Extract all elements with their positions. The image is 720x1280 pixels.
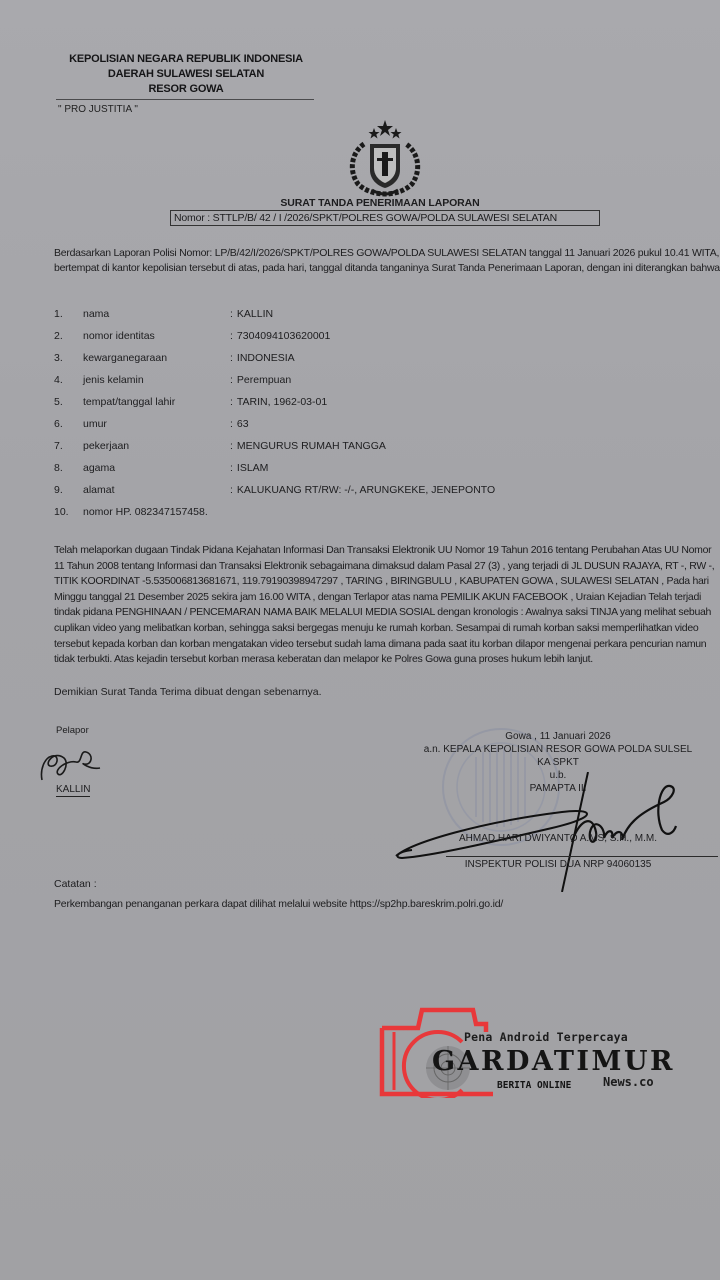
field-label: umur — [83, 416, 107, 432]
field-value: :TARIN, 1962-03-01 — [230, 394, 327, 410]
field-number: 10. — [54, 504, 69, 520]
field-number: 8. — [54, 460, 63, 476]
field-row-phone: 10. nomor HP. 082347157458. — [54, 504, 694, 526]
field-value: :INDONESIA — [230, 350, 295, 366]
field-value: :7304094103620001 — [230, 328, 330, 344]
field-label: tempat/tanggal lahir — [83, 394, 175, 410]
field-value: :KALUKUANG RT/RW: -/-, ARUNGKEKE, JENEPO… — [230, 482, 495, 498]
field-value: :MENGURUS RUMAH TANGGA — [230, 438, 386, 454]
intro-paragraph: Berdasarkan Laporan Polisi Nomor: LP/B/4… — [54, 246, 720, 276]
field-label: nomor identitas — [83, 328, 155, 344]
letterhead-line-2: DAERAH SULAWESI SELATAN — [56, 67, 316, 82]
field-value: :63 — [230, 416, 249, 432]
field-label: pekerjaan — [83, 438, 129, 454]
document-number: Nomor : STTLP/B/ 42 / I /2026/SPKT/POLRE… — [170, 210, 600, 226]
field-row-age: 6. umur :63 — [54, 416, 694, 438]
reporter-label: Pelapor — [56, 725, 89, 736]
reporter-name: KALLIN — [56, 784, 90, 797]
field-number: 2. — [54, 328, 63, 344]
place-date: Gowa , 11 Januari 2026 — [400, 730, 716, 743]
field-value: :KALLIN — [230, 306, 273, 322]
officer-name: AHMAD HARI DWIYANTO A.MS, S.H., M.M. — [400, 833, 716, 844]
field-value: :ISLAM — [230, 460, 268, 476]
watermark-domain: News.co — [603, 1075, 654, 1089]
field-label: agama — [83, 460, 115, 476]
field-number: 4. — [54, 372, 63, 388]
field-number: 5. — [54, 394, 63, 410]
field-value: :Perempuan — [230, 372, 291, 388]
watermark-tagline: Pena Android Terpercaya — [464, 1030, 628, 1044]
on-behalf-of: a.n. KEPALA KEPOLISIAN RESOR GOWA POLDA … — [400, 743, 716, 756]
field-row-name: 1. nama :KALLIN — [54, 306, 694, 328]
letterhead-divider — [56, 99, 314, 100]
officer-unit: KA SPKT — [400, 756, 716, 769]
officer-name-underline — [446, 856, 718, 857]
reporter-identity-list: 1. nama :KALLIN 2. nomor identitas :7304… — [54, 306, 694, 526]
letterhead-line-3: RESOR GOWA — [56, 82, 316, 97]
field-number: 3. — [54, 350, 63, 366]
field-label: nomor HP. 082347157458. — [83, 504, 208, 520]
watermark-subtitle: BERITA ONLINE — [497, 1080, 571, 1091]
letterhead: KEPOLISIAN NEGARA REPUBLIK INDONESIA DAE… — [56, 52, 316, 97]
watermark-brand: GARDATIMUR — [432, 1046, 675, 1077]
field-row-gender: 4. jenis kelamin :Perempuan — [54, 372, 694, 394]
gardatimur-watermark: Pena Android Terpercaya GARDATIMUR BERIT… — [378, 1002, 678, 1102]
field-number: 9. — [54, 482, 63, 498]
note-label: Catatan : — [54, 878, 97, 890]
officer-rank: INSPEKTUR POLISI DUA NRP 94060135 — [400, 859, 716, 870]
field-label: nama — [83, 306, 109, 322]
police-emblem-icon — [344, 118, 426, 198]
field-label: kewarganegaraan — [83, 350, 167, 366]
field-row-religion: 8. agama :ISLAM — [54, 460, 694, 482]
field-number: 6. — [54, 416, 63, 432]
field-row-address: 9. alamat :KALUKUANG RT/RW: -/-, ARUNGKE… — [54, 482, 694, 504]
report-paragraph: Telah melaporkan dugaan Tindak Pidana Ke… — [54, 543, 720, 668]
field-number: 1. — [54, 306, 63, 322]
document-title: SURAT TANDA PENERIMAAN LAPORAN — [170, 197, 590, 209]
field-label: jenis kelamin — [83, 372, 144, 388]
field-row-id-number: 2. nomor identitas :7304094103620001 — [54, 328, 694, 350]
note-text: Perkembangan penanganan perkara dapat di… — [54, 898, 503, 910]
field-row-birth: 5. tempat/tanggal lahir :TARIN, 1962-03-… — [54, 394, 694, 416]
document-page: KEPOLISIAN NEGARA REPUBLIK INDONESIA DAE… — [0, 0, 720, 1280]
reporter-signature-icon — [36, 740, 106, 785]
field-label: alamat — [83, 482, 115, 498]
field-row-citizenship: 3. kewarganegaraan :INDONESIA — [54, 350, 694, 372]
officer-signature-icon — [392, 772, 692, 892]
pro-justitia-label: " PRO JUSTITIA " — [58, 104, 138, 115]
closing-statement: Demikian Surat Tanda Terima dibuat denga… — [54, 686, 322, 698]
field-row-occupation: 7. pekerjaan :MENGURUS RUMAH TANGGA — [54, 438, 694, 460]
letterhead-line-1: KEPOLISIAN NEGARA REPUBLIK INDONESIA — [56, 52, 316, 67]
field-number: 7. — [54, 438, 63, 454]
